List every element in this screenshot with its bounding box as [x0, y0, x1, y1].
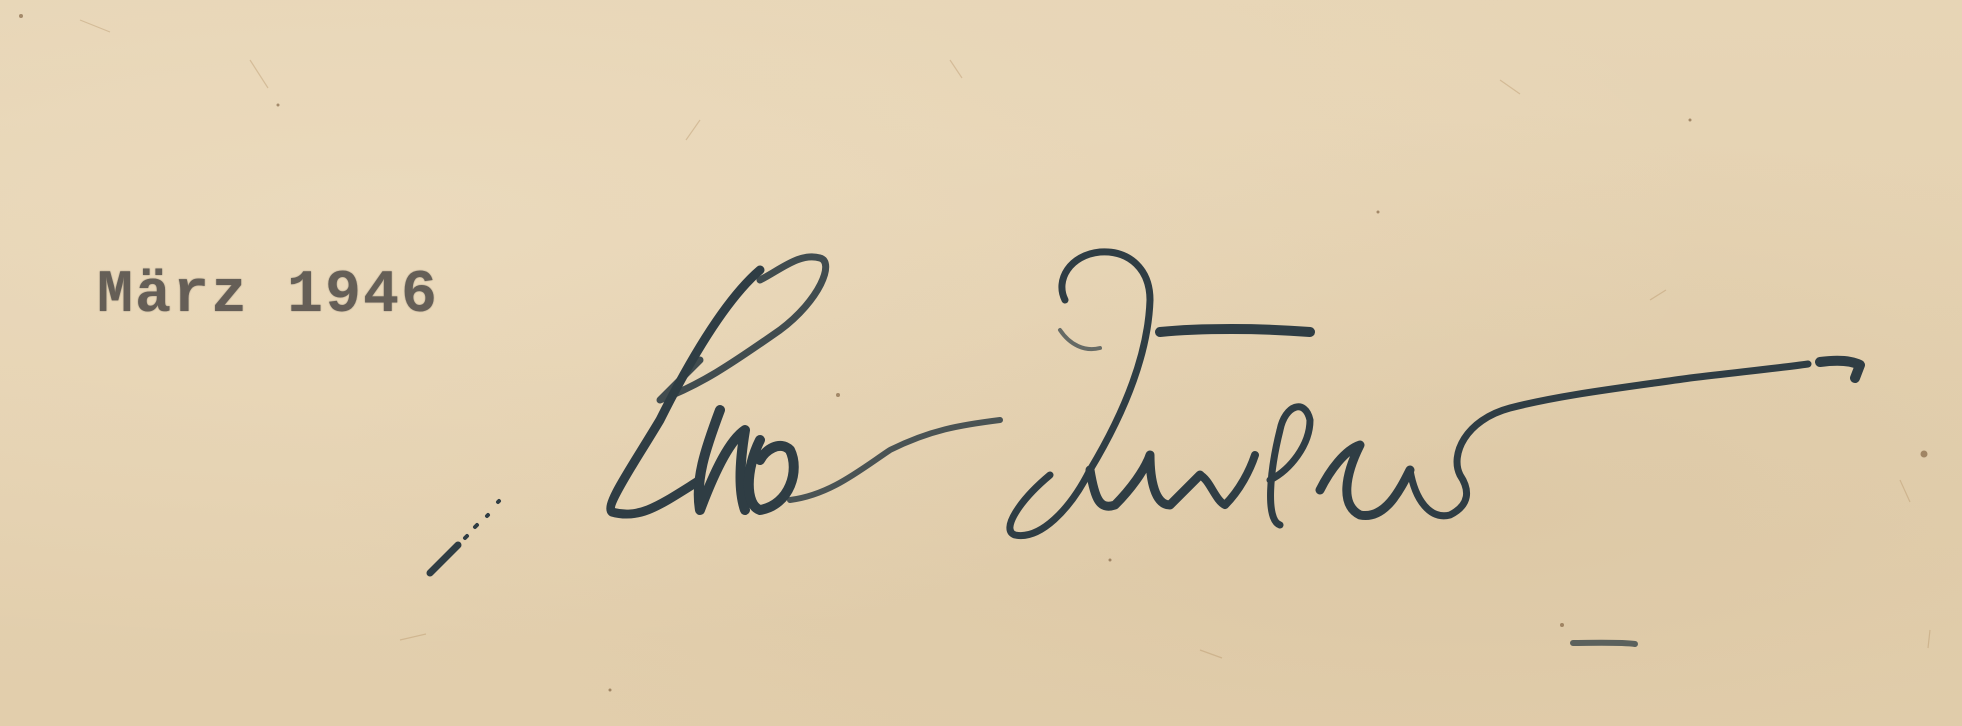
paper-document: März 1946 [0, 0, 1962, 726]
handwritten-signature [0, 0, 1962, 726]
